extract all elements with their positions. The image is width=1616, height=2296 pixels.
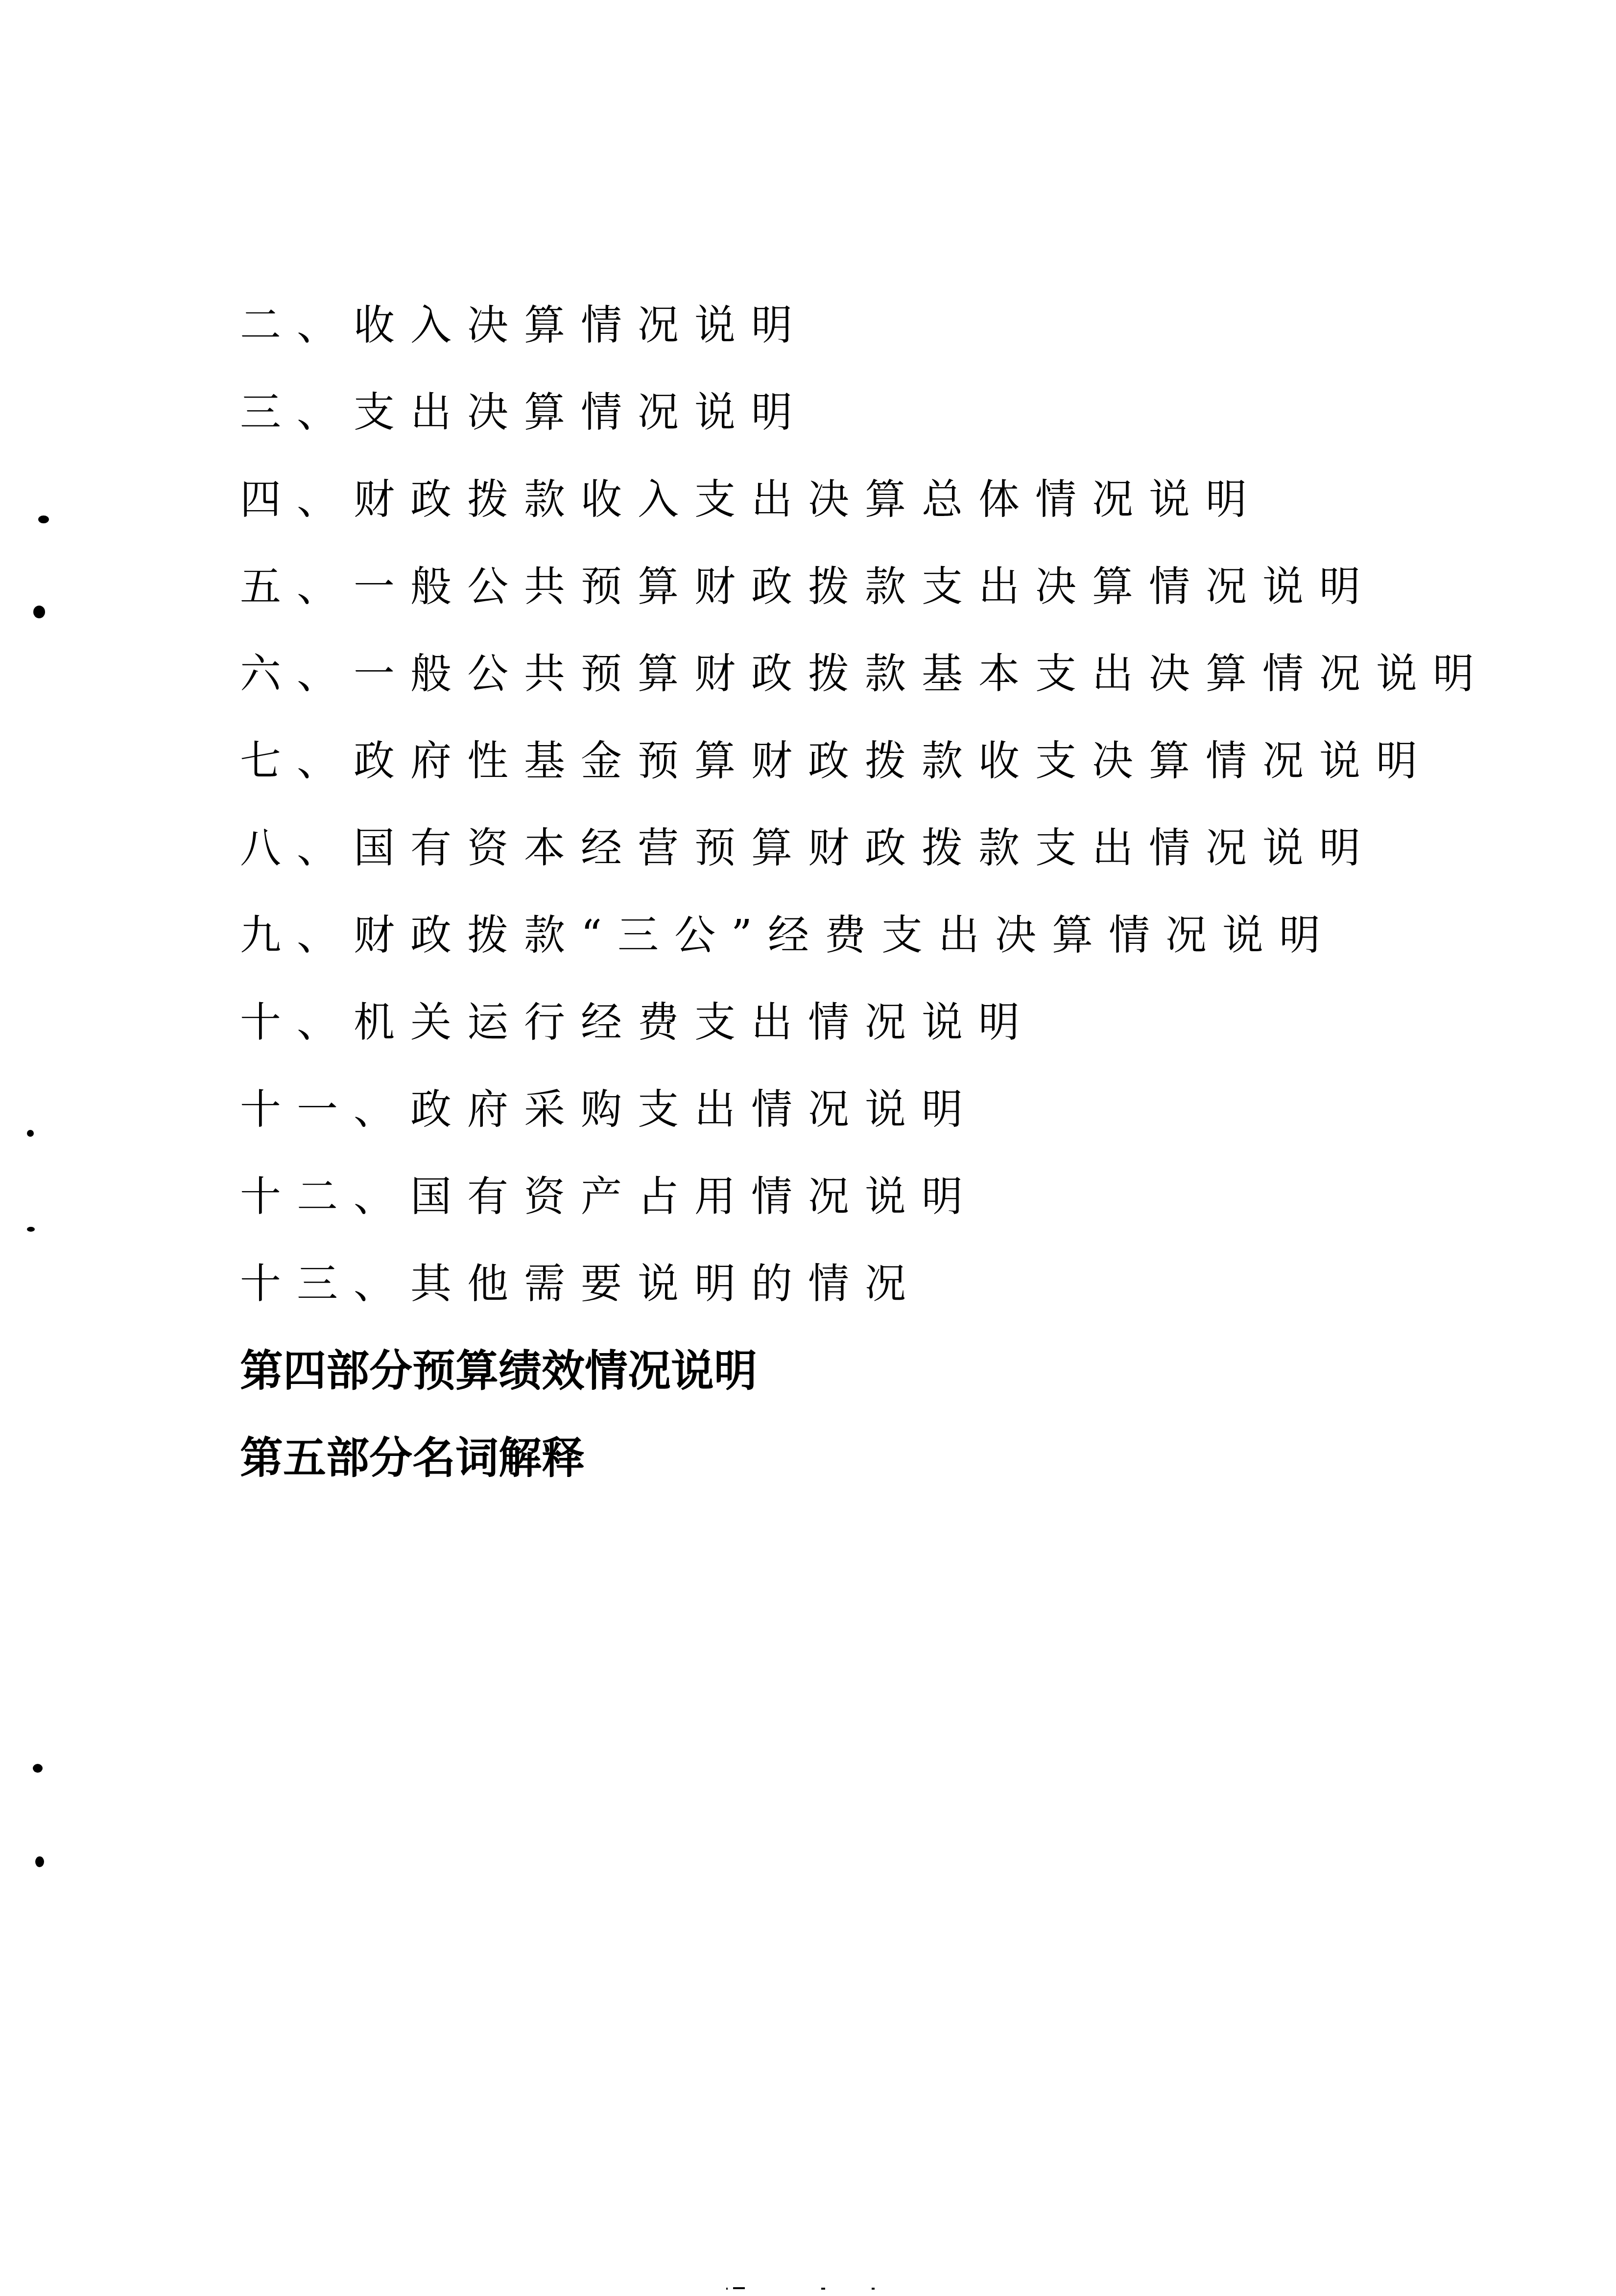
table-of-contents: 二、收入决算情况说明 三、支出决算情况说明 四、财政拨款收入支出决算总体情况说明… [240,281,1490,1501]
scan-mark [726,2288,728,2290]
toc-item-government-procurement: 十一、政府采购支出情况说明 [240,1066,1490,1153]
toc-item-three-public-expenses: 九、财政拨款“三公”经费支出决算情况说明 [240,891,1490,979]
toc-item-state-assets: 十二、国有资产占用情况说明 [240,1153,1490,1240]
document-page: 二、收入决算情况说明 三、支出决算情况说明 四、财政拨款收入支出决算总体情况说明… [0,0,1616,2296]
toc-item-fiscal-appropriation-overall: 四、财政拨款收入支出决算总体情况说明 [240,456,1490,543]
scan-mark [872,2288,875,2290]
toc-item-agency-operating-expenses: 十、机关运行经费支出情况说明 [240,979,1490,1066]
toc-item-expenditure: 三、支出决算情况说明 [240,369,1490,456]
toc-item-state-capital-budget: 八、国有资本经营预算财政拨款支出情况说明 [240,804,1490,891]
toc-item-other-matters: 十三、其他需要说明的情况 [240,1240,1490,1327]
toc-part-five-glossary: 第五部分名词解释 [240,1414,1490,1501]
toc-item-government-fund-budget: 七、政府性基金预算财政拨款收支决算情况说明 [240,717,1490,804]
scan-mark [821,2288,825,2290]
scan-speck [27,1227,35,1232]
scan-speck [38,515,49,523]
toc-item-income: 二、收入决算情况说明 [240,281,1490,369]
scan-speck [27,1130,34,1137]
toc-part-four-performance: 第四部分预算绩效情况说明 [240,1327,1490,1414]
scan-speck [35,1856,44,1867]
scan-mark [733,2287,745,2289]
toc-item-general-budget-basic-expenditure: 六、一般公共预算财政拨款基本支出决算情况说明 [240,630,1490,717]
scan-speck [33,1764,43,1773]
toc-item-general-budget-expenditure: 五、一般公共预算财政拨款支出决算情况说明 [240,543,1490,630]
scan-speck [33,606,45,618]
